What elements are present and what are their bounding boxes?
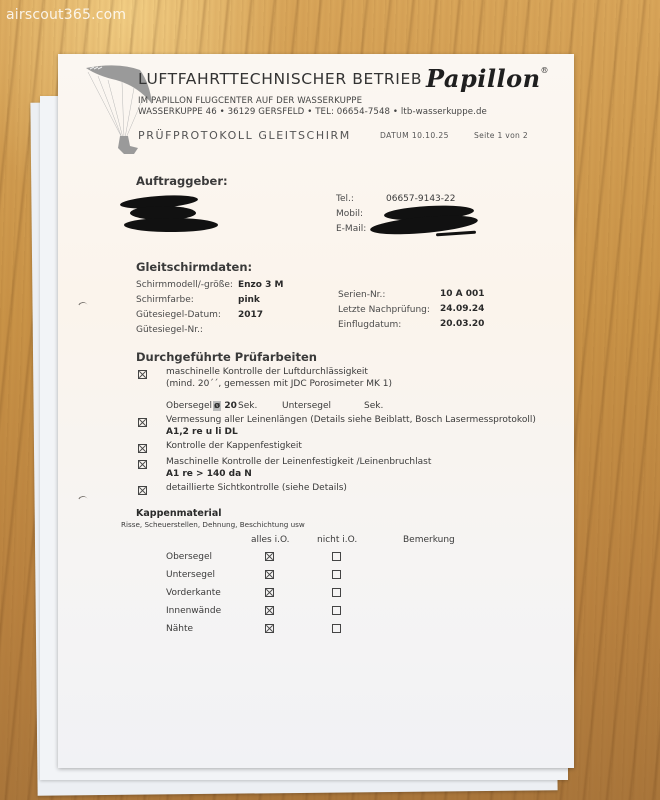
not-ok-checkbox-untersegel xyxy=(332,570,341,579)
canopy-row-label: Untersegel xyxy=(166,570,215,580)
canopy-heading: Kappenmaterial xyxy=(136,508,221,519)
report-date: DATUM 10.10.25 xyxy=(380,131,449,140)
glider-heading: Gleitschirmdaten: xyxy=(136,260,252,274)
redacted-client-city xyxy=(124,218,218,232)
watermark: airscout365.com xyxy=(6,7,126,23)
work-item-porosity: maschinelle Kontrolle der Luftdurchlässi… xyxy=(166,367,368,377)
color-label: Schirmfarbe: xyxy=(136,295,194,305)
seal-number-label: Gütesiegel-Nr.: xyxy=(136,325,203,335)
work-item-visual-inspection: detaillierte Sichtkontrolle (siehe Detai… xyxy=(166,483,347,493)
seal-date-label: Gütesiegel-Datum: xyxy=(136,310,221,320)
work-item-line-lengths: Vermessung aller Leinenlängen (Details s… xyxy=(166,415,536,425)
model-value: Enzo 3 M xyxy=(238,280,283,290)
canopy-row-label: Vorderkante xyxy=(166,588,221,598)
porosity-avg-symbol: ø xyxy=(213,401,221,411)
brand-name: Papillon xyxy=(426,64,541,93)
first-flight-value: 20.03.20 xyxy=(440,319,484,329)
tel-value: 06657-9143-22 xyxy=(386,194,455,204)
checkbox-line-strength xyxy=(138,460,147,469)
seal-date-value: 2017 xyxy=(238,310,263,320)
email-label: E-Mail: xyxy=(336,224,366,234)
porosity-top-unit: Sek. xyxy=(238,401,257,411)
serial-label: Serien-Nr.: xyxy=(338,290,385,300)
line-lengths-result: A1,2 re u li DL xyxy=(166,427,238,437)
client-heading: Auftraggeber: xyxy=(136,174,228,188)
porosity-top-label: Obersegel xyxy=(166,401,212,411)
address-line-1: IM PAPILLON FLUGCENTER AUF DER WASSERKUP… xyxy=(138,96,362,106)
protocol-title: PRÜFPROTOKOLL GLEITSCHIRM xyxy=(138,129,351,142)
serial-value: 10 A 001 xyxy=(440,289,485,299)
ok-checkbox-naehte xyxy=(265,624,274,633)
tel-label: Tel.: xyxy=(336,194,354,204)
porosity-top-result: ø 20 xyxy=(213,401,237,411)
porosity-bottom-unit: Sek. xyxy=(364,401,383,411)
porosity-bottom-label: Untersegel xyxy=(282,401,331,411)
porosity-top-value: 20 xyxy=(224,401,237,411)
color-value: pink xyxy=(238,295,260,305)
ok-checkbox-innenwaende xyxy=(265,606,274,615)
checkbox-line-lengths xyxy=(138,418,147,427)
line-strength-result: A1 re > 140 da N xyxy=(166,469,252,479)
checkbox-visual-inspection xyxy=(138,486,147,495)
ok-checkbox-obersegel xyxy=(265,552,274,561)
ok-checkbox-untersegel xyxy=(265,570,274,579)
not-ok-checkbox-naehte xyxy=(332,624,341,633)
brand-logo: Papillon® xyxy=(426,64,549,93)
checkbox-porosity xyxy=(138,370,147,379)
canopy-row-label: Innenwände xyxy=(166,606,221,616)
punch-hole xyxy=(77,495,90,508)
first-flight-label: Einflugdatum: xyxy=(338,320,401,330)
work-item-porosity-detail: (mind. 20´´, gemessen mit JDC Porosimete… xyxy=(166,379,392,389)
checkbox-canopy-strength xyxy=(138,444,147,453)
column-not-ok: nicht i.O. xyxy=(317,535,357,545)
canopy-row-label: Obersegel xyxy=(166,552,212,562)
last-inspection-value: 24.09.24 xyxy=(440,304,484,314)
model-label: Schirmmodell/-größe: xyxy=(136,280,233,290)
not-ok-checkbox-innenwaende xyxy=(332,606,341,615)
mobile-label: Mobil: xyxy=(336,209,363,219)
last-inspection-label: Letzte Nachprüfung: xyxy=(338,305,430,315)
address-line-2: WASSERKUPPE 46 • 36129 GERSFELD • TEL: 0… xyxy=(138,107,487,117)
redaction-stroke xyxy=(436,231,476,237)
work-heading: Durchgeführte Prüfarbeiten xyxy=(136,350,317,364)
canopy-row-label: Nähte xyxy=(166,624,193,634)
column-ok: alles i.O. xyxy=(251,535,290,545)
registered-mark: ® xyxy=(541,66,550,75)
punch-hole xyxy=(77,301,90,314)
canopy-subheading: Risse, Scheuerstellen, Dehnung, Beschich… xyxy=(121,520,305,529)
ok-checkbox-vorderkante xyxy=(265,588,274,597)
inspection-report-page: LUFTFAHRTTECHNISCHER BETRIEB Papillon® I… xyxy=(58,54,574,768)
not-ok-checkbox-vorderkante xyxy=(332,588,341,597)
work-item-canopy-strength: Kontrolle der Kappenfestigkeit xyxy=(166,441,302,451)
company-name: LUFTFAHRTTECHNISCHER BETRIEB xyxy=(138,70,422,88)
work-item-line-strength: Maschinelle Kontrolle der Leinenfestigke… xyxy=(166,457,431,467)
column-remark: Bemerkung xyxy=(403,535,455,545)
not-ok-checkbox-obersegel xyxy=(332,552,341,561)
page-number: Seite 1 von 2 xyxy=(474,131,528,140)
